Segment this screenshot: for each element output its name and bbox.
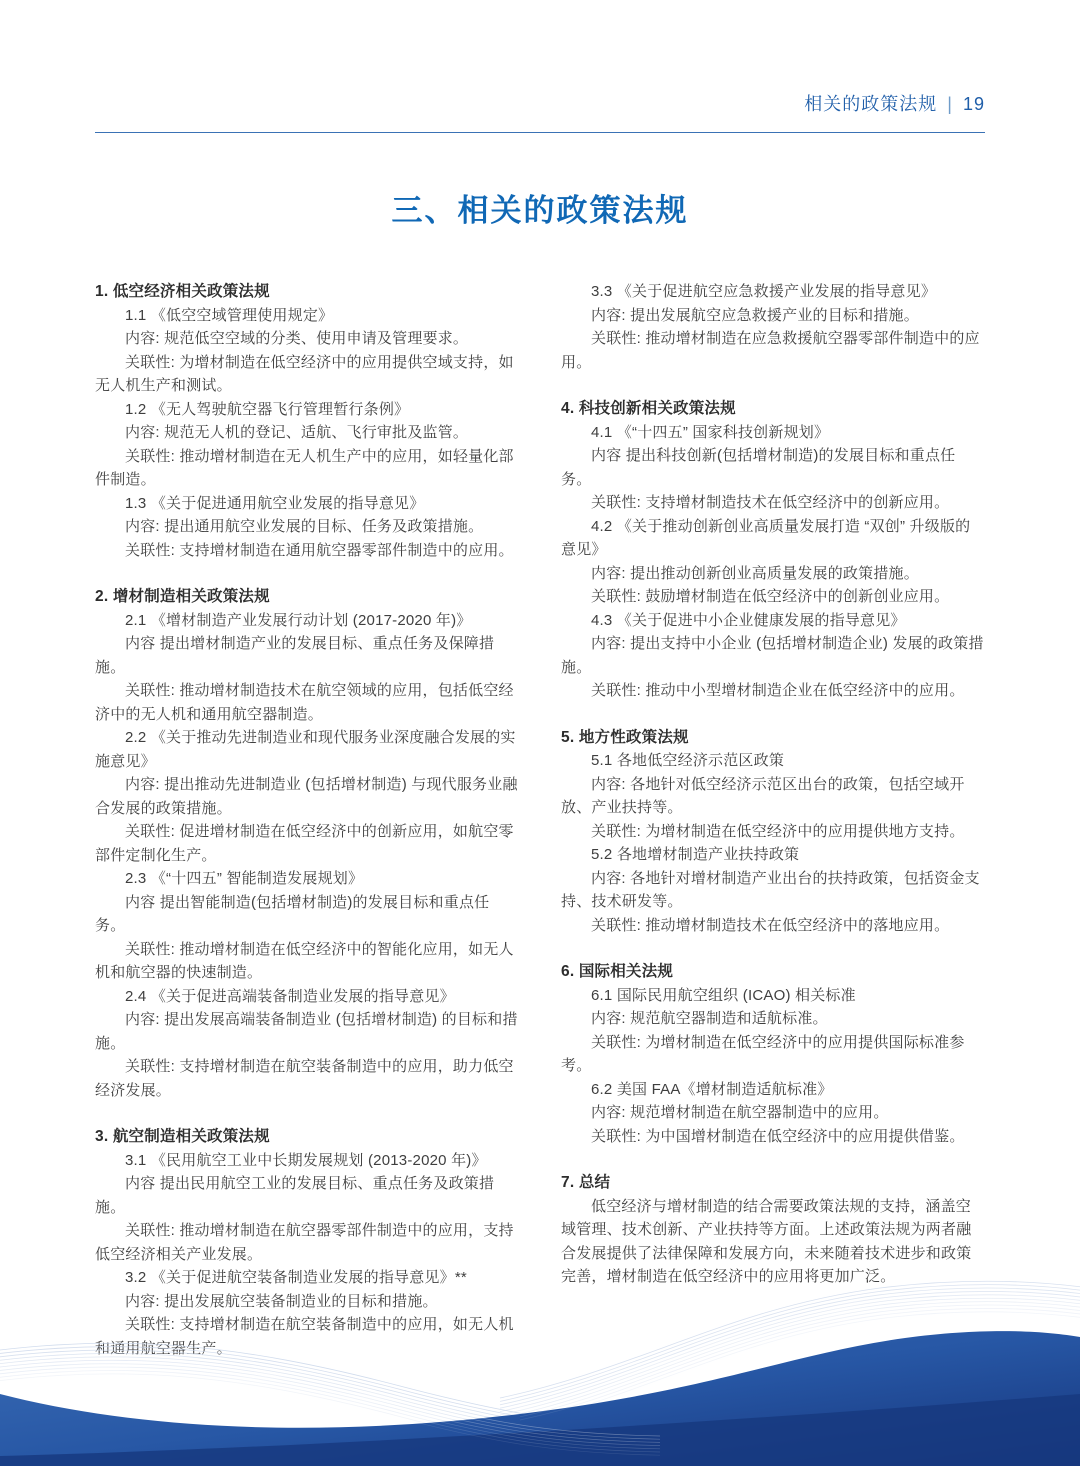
left-column: 1. 低空经济相关政策法规1.1 《低空空域管理使用规定》内容: 规范低空空域的… (95, 280, 519, 1383)
policy-paragraph: 内容 提出科技创新(包括增材制造)的发展目标和重点任务。 (561, 444, 985, 491)
policy-section: 3.3 《关于促进航空应急救援产业发展的指导意见》内容: 提出发展航空应急救援产… (561, 280, 985, 374)
policy-section: 3. 航空制造相关政策法规3.1 《民用航空工业中长期发展规划 (2013-20… (95, 1125, 519, 1360)
wave-hairline (0, 1376, 660, 1448)
policy-paragraph: 4.1 《“十四五” 国家科技创新规划》 (561, 421, 985, 445)
policy-paragraph: 关联性: 为增材制造在低空经济中的应用提供国际标准参考。 (561, 1031, 985, 1078)
policy-paragraph: 2.1 《增材制造产业发展行动计划 (2017-2020 年)》 (95, 609, 519, 633)
policy-paragraph: 内容 提出增材制造产业的发展目标、重点任务及保障措施。 (95, 632, 519, 679)
wave-hairline (0, 1370, 660, 1457)
policy-paragraph: 内容: 规范航空器制造和适航标准。 (561, 1007, 985, 1031)
policy-paragraph: 内容 提出民用航空工业的发展目标、重点任务及政策措施。 (95, 1172, 519, 1219)
policy-paragraph: 关联性: 促进增材制造在低空经济中的创新应用，如航空零部件定制化生产。 (95, 820, 519, 867)
policy-section: 2. 增材制造相关政策法规2.1 《增材制造产业发展行动计划 (2017-202… (95, 585, 519, 1102)
section-heading: 5. 地方性政策法规 (561, 726, 985, 750)
wave-hairline (0, 1383, 660, 1455)
policy-paragraph: 关联性: 为增材制造在低空经济中的应用提供地方支持。 (561, 820, 985, 844)
page-number: 19 (963, 94, 985, 114)
policy-paragraph: 关联性: 推动增材制造技术在低空经济中的落地应用。 (561, 914, 985, 938)
policy-paragraph: 内容: 规范无人机的登记、适航、飞行审批及监管。 (95, 421, 519, 445)
policy-section: 5. 地方性政策法规5.1 各地低空经济示范区政策内容: 各地针对低空经济示范区… (561, 726, 985, 938)
policy-section: 4. 科技创新相关政策法规4.1 《“十四五” 国家科技创新规划》内容 提出科技… (561, 397, 985, 703)
section-heading: 2. 增材制造相关政策法规 (95, 585, 519, 609)
policy-paragraph: 内容: 提出发展航空应急救援产业的目标和措施。 (561, 304, 985, 328)
policy-paragraph: 1.1 《低空空域管理使用规定》 (95, 304, 519, 328)
section-heading: 6. 国际相关法规 (561, 960, 985, 984)
policy-paragraph: 6.1 国际民用航空组织 (ICAO) 相关标准 (561, 984, 985, 1008)
section-heading: 3. 航空制造相关政策法规 (95, 1125, 519, 1149)
policy-paragraph: 关联性: 鼓励增材制造在低空经济中的创新创业应用。 (561, 585, 985, 609)
policy-paragraph: 关联性: 支持增材制造在航空装备制造中的应用，助力低空经济发展。 (95, 1055, 519, 1102)
policy-paragraph: 内容: 提出通用航空业发展的目标、任务及政策措施。 (95, 515, 519, 539)
wave-hairline (0, 1373, 660, 1445)
policy-paragraph: 5.2 各地增材制造产业扶持政策 (561, 843, 985, 867)
policy-paragraph: 3.2 《关于促进航空装备制造业发展的指导意见》** (95, 1266, 519, 1290)
policy-paragraph: 关联性: 推动增材制造技术在航空领域的应用，包括低空经济中的无人机和通用航空器制… (95, 679, 519, 726)
policy-paragraph: 1.2 《无人驾驶航空器飞行管理暂行条例》 (95, 398, 519, 422)
content-columns: 1. 低空经济相关政策法规1.1 《低空空域管理使用规定》内容: 规范低空空域的… (0, 280, 1080, 1383)
header-section-title: 相关的政策法规 (804, 94, 937, 114)
policy-section: 6. 国际相关法规6.1 国际民用航空组织 (ICAO) 相关标准内容: 规范航… (561, 960, 985, 1148)
policy-paragraph: 内容: 各地针对增材制造产业出台的扶持政策，包括资金支持、技术研发等。 (561, 867, 985, 914)
section-heading: 7. 总结 (561, 1171, 985, 1195)
policy-paragraph: 关联性: 支持增材制造在航空装备制造中的应用，如无人机和通用航空器生产。 (95, 1313, 519, 1360)
policy-section: 1. 低空经济相关政策法规1.1 《低空空域管理使用规定》内容: 规范低空空域的… (95, 280, 519, 562)
policy-paragraph: 关联性: 推动增材制造在航空器零部件制造中的应用，支持低空经济相关产业发展。 (95, 1219, 519, 1266)
policy-paragraph: 内容: 提出发展高端装备制造业 (包括增材制造) 的目标和措施。 (95, 1008, 519, 1055)
page-header: 相关的政策法规|19 (0, 0, 1080, 116)
policy-paragraph: 1.3 《关于促进通用航空业发展的指导意见》 (95, 492, 519, 516)
policy-paragraph: 关联性: 推动增材制造在无人机生产中的应用，如轻量化部件制造。 (95, 445, 519, 492)
policy-paragraph: 关联性: 为中国增材制造在低空经济中的应用提供借鉴。 (561, 1125, 985, 1149)
policy-paragraph: 内容: 提出支持中小企业 (包括增材制造企业) 发展的政策措施。 (561, 632, 985, 679)
policy-paragraph: 2.2 《关于推动先进制造业和现代服务业深度融合发展的实施意见》 (95, 726, 519, 773)
policy-paragraph: 4.3 《关于促进中小企业健康发展的指导意见》 (561, 609, 985, 633)
policy-paragraph: 内容: 规范低空空域的分类、使用申请及管理要求。 (95, 327, 519, 351)
policy-paragraph: 内容: 提出发展航空装备制造业的目标和措施。 (95, 1290, 519, 1314)
section-heading: 1. 低空经济相关政策法规 (95, 280, 519, 304)
page-title: 三、相关的政策法规 (0, 185, 1080, 230)
policy-paragraph: 3.3 《关于促进航空应急救援产业发展的指导意见》 (561, 280, 985, 304)
policy-paragraph: 关联性: 支持增材制造在通用航空器零部件制造中的应用。 (95, 539, 519, 563)
policy-paragraph: 关联性: 推动增材制造在应急救援航空器零部件制造中的应用。 (561, 327, 985, 374)
section-heading: 4. 科技创新相关政策法规 (561, 397, 985, 421)
policy-paragraph: 低空经济与增材制造的结合需要政策法规的支持，涵盖空域管理、技术创新、产业扶持等方… (561, 1195, 985, 1289)
wave-hairline (0, 1374, 660, 1461)
policy-paragraph: 内容: 提出推动创新创业高质量发展的政策措施。 (561, 562, 985, 586)
policy-paragraph: 内容 提出智能制造(包括增材制造)的发展目标和重点任务。 (95, 891, 519, 938)
policy-section: 7. 总结低空经济与增材制造的结合需要政策法规的支持，涵盖空域管理、技术创新、产… (561, 1171, 985, 1289)
policy-paragraph: 内容: 规范增材制造在航空器制造中的应用。 (561, 1101, 985, 1125)
policy-paragraph: 内容: 提出推动先进制造业 (包括增材制造) 与现代服务业融合发展的政策措施。 (95, 773, 519, 820)
header-separator: | (947, 94, 953, 114)
policy-paragraph: 2.4 《关于促进高端装备制造业发展的指导意见》 (95, 985, 519, 1009)
policy-paragraph: 关联性: 支持增材制造技术在低空经济中的创新应用。 (561, 491, 985, 515)
policy-paragraph: 关联性: 为增材制造在低空经济中的应用提供空域支持，如无人机生产和测试。 (95, 351, 519, 398)
policy-paragraph: 关联性: 推动中小型增材制造企业在低空经济中的应用。 (561, 679, 985, 703)
right-column: 3.3 《关于促进航空应急救援产业发展的指导意见》内容: 提出发展航空应急救援产… (561, 280, 985, 1383)
policy-paragraph: 6.2 美国 FAA《增材制造适航标准》 (561, 1078, 985, 1102)
header-rule (95, 132, 985, 133)
policy-paragraph: 关联性: 推动增材制造在低空经济中的智能化应用，如无人机和航空器的快速制造。 (95, 938, 519, 985)
policy-paragraph: 5.1 各地低空经济示范区政策 (561, 749, 985, 773)
policy-paragraph: 3.1 《民用航空工业中长期发展规划 (2013-2020 年)》 (95, 1149, 519, 1173)
policy-paragraph: 4.2 《关于推动创新创业高质量发展打造 “双创” 升级版的意见》 (561, 515, 985, 562)
wave-hairline (0, 1380, 660, 1452)
policy-paragraph: 2.3 《“十四五” 智能制造发展规划》 (95, 867, 519, 891)
policy-paragraph: 内容: 各地针对低空经济示范区出台的政策，包括空域开放、产业扶持等。 (561, 773, 985, 820)
